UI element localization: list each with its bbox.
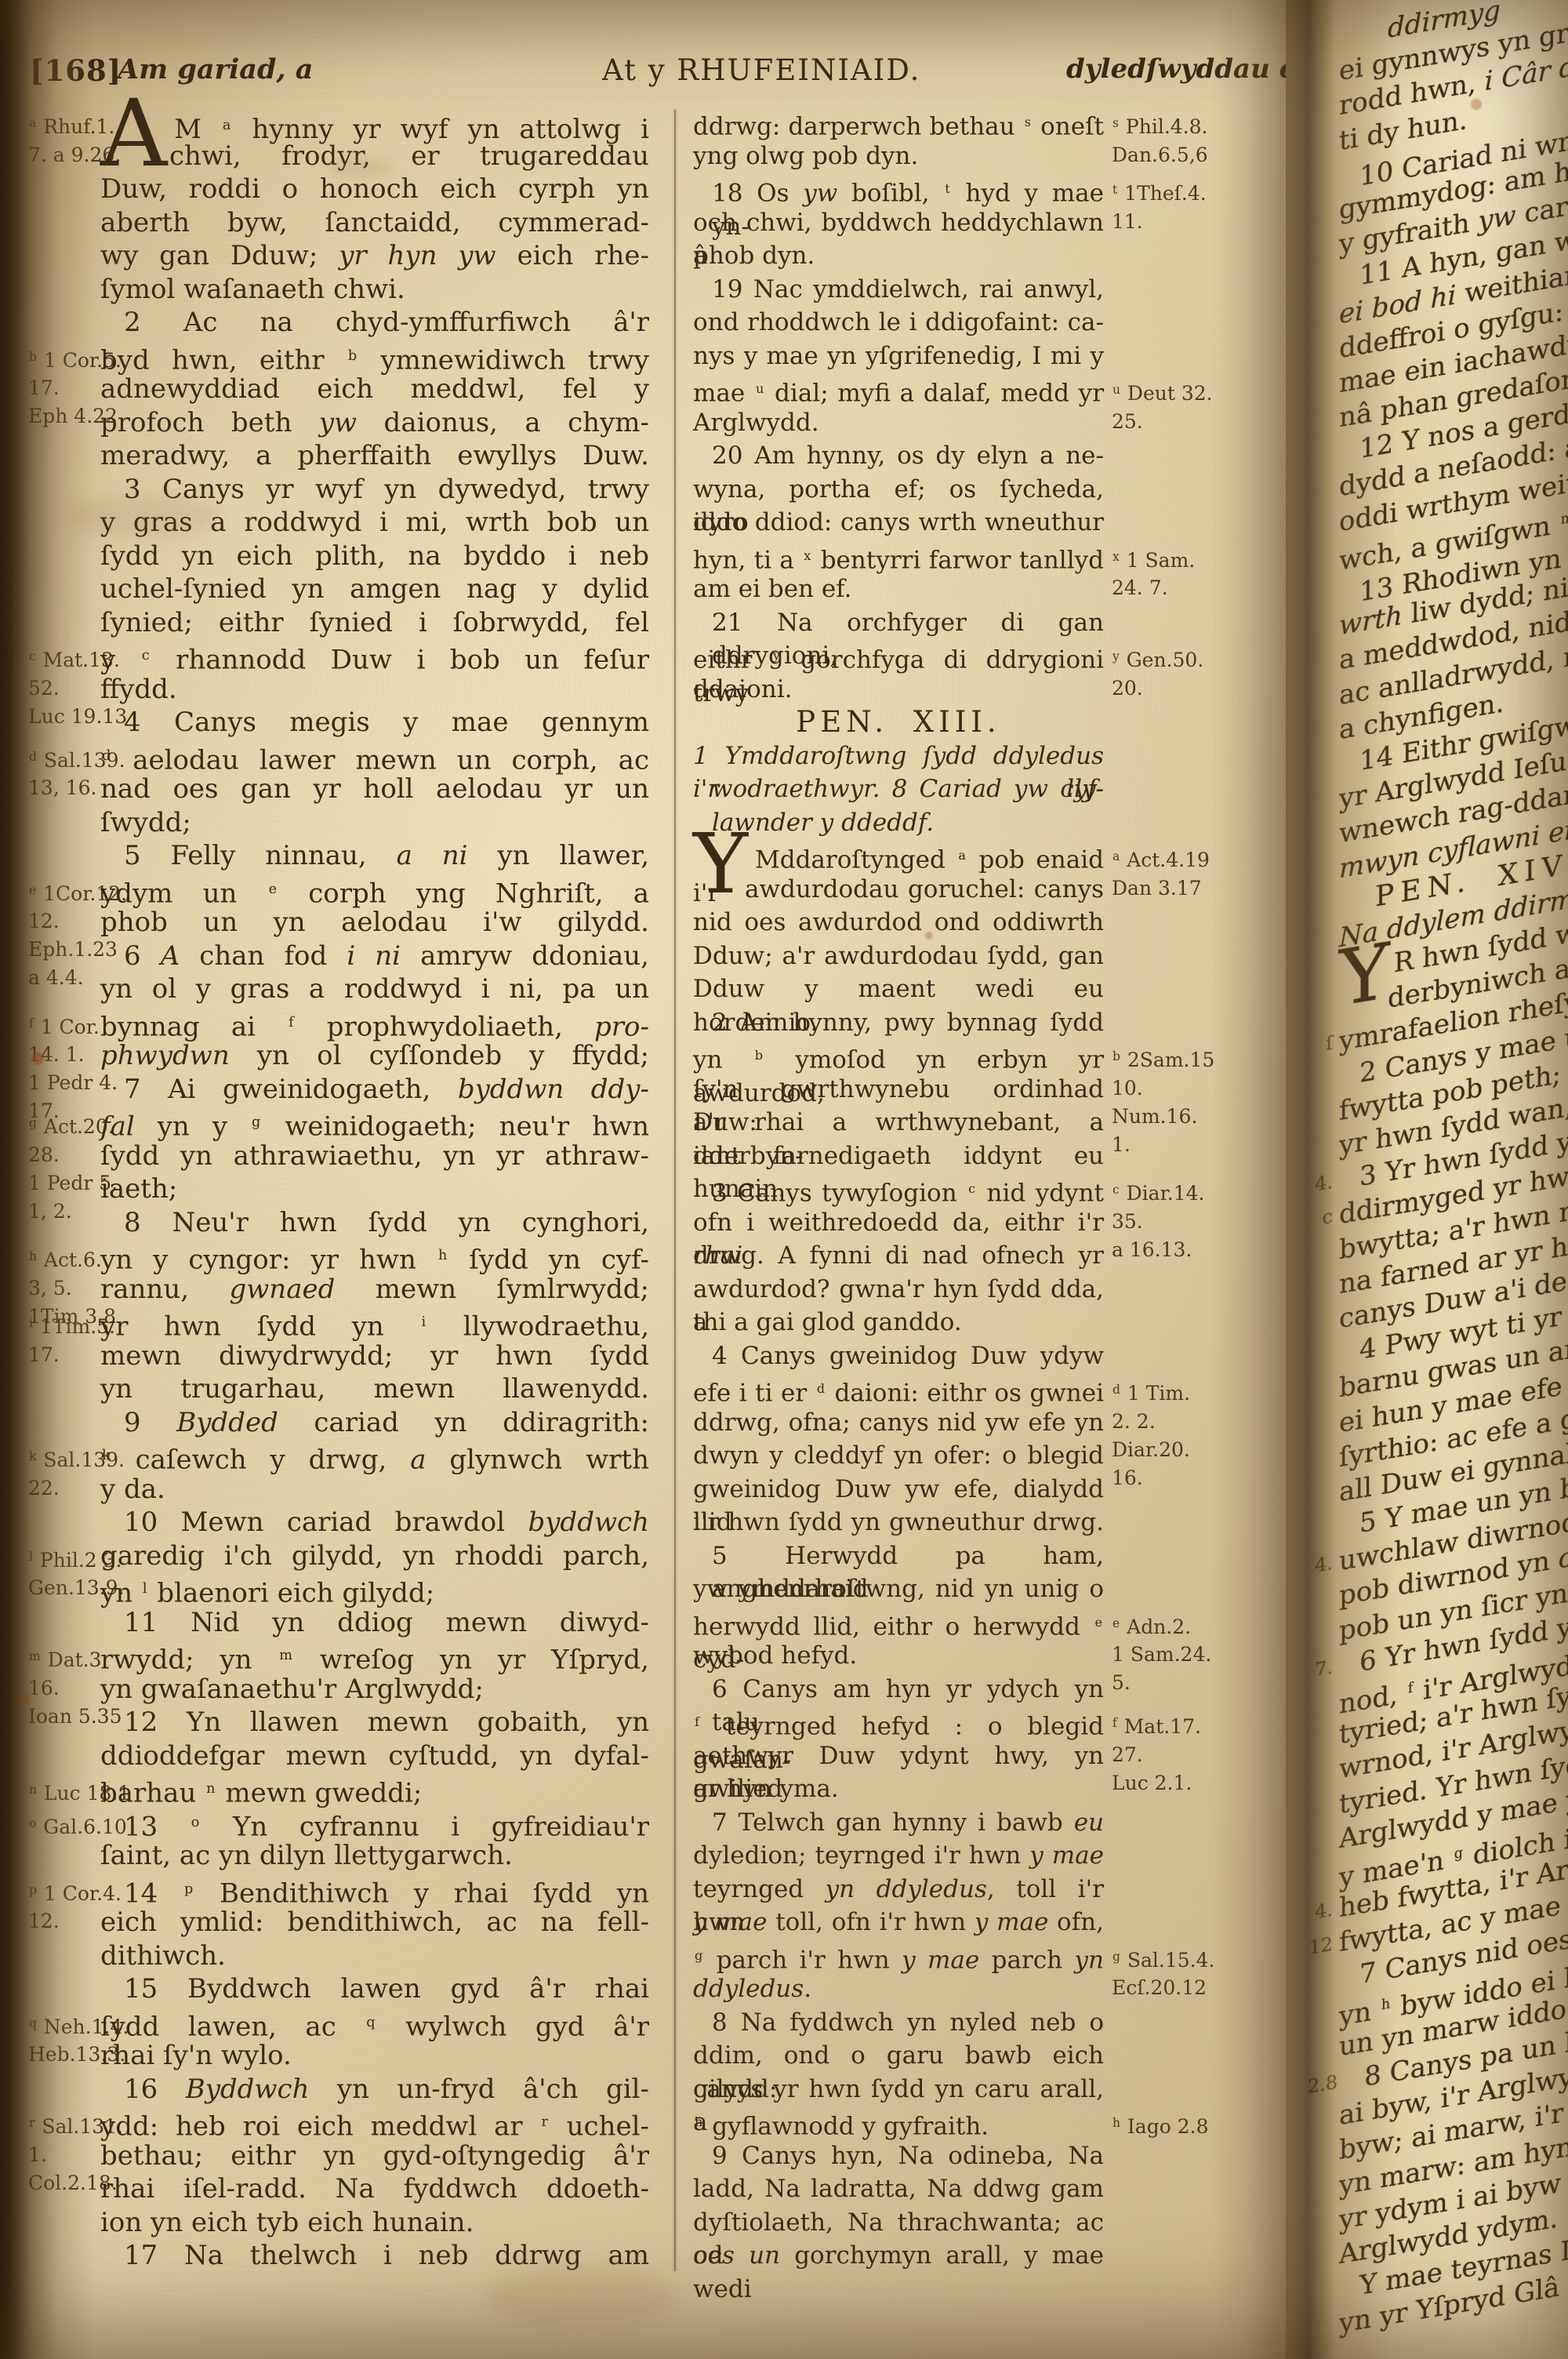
text-line: awdurdod? gwna'r hyn ſydd dda, a	[693, 1273, 1104, 1307]
text-line: 19 Nac ymddielwch, rai anwyl,	[693, 273, 1104, 307]
text-line: ſydd lawen, ac q wylwch gyd â'r	[100, 2006, 649, 2040]
text-line: y c rhannodd Duw i bob un feſur	[100, 639, 649, 673]
chapter-heading: PEN. XIII.	[693, 706, 1104, 740]
margin-cross-reference: t 1Theſ.4.11.	[1112, 176, 1207, 236]
text-line: 13 o Yn cyfrannu i gyfreidiau'r	[100, 1806, 649, 1840]
text-line: yw ymddaroſtwng, nid yn unig o	[693, 1572, 1104, 1606]
text-line: 4 Canys megis y mae gennym	[100, 706, 649, 740]
text-line: nid oes awdurdod ond oddiwrth	[693, 906, 1104, 940]
text-line: 18 Os yw boſibl, t hyd y mae yn-	[693, 173, 1104, 206]
cut-margin-fragment: 2.8	[1308, 2063, 1344, 2104]
text-line: AM a hynny yr wyf yn attolwg i	[100, 106, 649, 140]
text-line: 5 Herwydd pa ham, anghenrhaid	[693, 1539, 1104, 1573]
text-line: 16 Byddwch yn un-fryd â'ch gil-	[100, 2073, 649, 2106]
text-line: ſydd yn eich plith, na byddo i neb	[100, 540, 649, 573]
cut-margin-fragment	[1308, 782, 1339, 822]
margin-note-line: e Adn.2.	[1112, 1609, 1211, 1641]
text-line: 12 Yn llawen mewn gobaith, yn	[100, 1706, 649, 1739]
text-line: g parch i'r hwn y mae parch yn	[693, 1939, 1104, 1973]
margin-note-line: 2. 2.	[1112, 1408, 1190, 1436]
text-line: ydym un e corph yng Nghriſt, a	[100, 873, 649, 907]
margin-cross-reference: e Adn.2.1 Sam.24.5.	[1112, 1609, 1211, 1698]
cut-margin-fragment	[1308, 1336, 1339, 1376]
cut-margin-fragment	[1308, 990, 1339, 1030]
cut-margin-fragment	[1308, 193, 1339, 233]
text-line: yn b ymoſod yn erbyn yr awdurdod,	[693, 1039, 1104, 1073]
margin-note-line: y Gen.50.	[1112, 642, 1203, 674]
text-line: y da.	[100, 1473, 649, 1507]
margin-note-line: 10.	[1112, 1074, 1214, 1103]
text-line: ddim, ond o garu bawb eich gilydd:	[693, 2039, 1104, 2073]
text-line: 21 Na orchfyger di gan ddrygioni,	[693, 606, 1104, 640]
text-line: 8 Neu'r hwn ſydd yn cynghori,	[100, 1206, 649, 1240]
text-line: teyrnged yn ddyledus, toll i'r hwn	[693, 1873, 1104, 1906]
drop-cap: Y	[693, 816, 748, 912]
margin-cross-reference: u Deut 32.25.	[1112, 376, 1213, 436]
cut-margin-fragment	[1308, 921, 1339, 961]
text-line: ddaioni.	[693, 673, 1104, 707]
margin-note-line: 24. 7.	[1112, 574, 1195, 602]
facing-page-text: ddirmygei gynnwys yn grynorodd hwn, i Câ…	[1308, 0, 1568, 2347]
chapter-summary-line: 1 Ymddaroſtwng ſydd ddyledus i'r lly-	[693, 740, 1104, 773]
margin-note-line: d 1 Tim.	[1112, 1376, 1190, 1408]
text-line: 3 Canys yr wyf yn dywedyd, trwy	[100, 473, 649, 507]
text-line: y gras a roddwyd i mi, wrth bob un	[100, 506, 649, 540]
cut-margin-fragment	[1308, 2168, 1339, 2208]
margin-note-line: 1 Sam.24.	[1112, 1641, 1211, 1669]
text-line: ſwydd;	[100, 806, 649, 840]
text-line: oes un gorchymyn arall, y mae wedi	[693, 2239, 1104, 2273]
text-line: rannu, gwnaed mewn ſymlrwydd;	[100, 1273, 649, 1307]
cut-margin-fragment	[1308, 2030, 1339, 2070]
cut-margin-fragment	[1308, 1129, 1339, 1169]
cut-margin-fragment	[1308, 124, 1339, 164]
cut-margin-fragment	[1308, 227, 1339, 267]
cut-margin-fragment	[1308, 1683, 1339, 1723]
margin-note-line: Ecſ.20.12	[1112, 1974, 1214, 2002]
text-line: phob dyn.	[693, 239, 1104, 273]
cut-margin-fragment	[1308, 1717, 1339, 1757]
text-line: y mae toll, ofn i'r hwn y mae ofn,	[693, 1906, 1104, 1939]
cut-margin-fragment	[1308, 1961, 1339, 2001]
margin-cross-reference: f Mat.17.27.Luc 2.1.	[1112, 1709, 1201, 1797]
text-line: 3 Canys tywyſogion c nid ydynt	[693, 1172, 1104, 1206]
cut-margin-fragment	[1308, 678, 1339, 718]
margin-note-line: 27.	[1112, 1741, 1201, 1769]
text-line: 2 Am hynny, pwy bynnag ſydd	[693, 1006, 1104, 1040]
text-line: ddrwg, ofna; canys nid yw efe yn	[693, 1406, 1104, 1440]
cut-margin-fragment	[1308, 471, 1339, 511]
text-line: h gyflawnodd y gyfraith.	[693, 2106, 1104, 2139]
text-line: ar hyn yma.	[693, 1772, 1104, 1806]
margin-note-line: g Sal.15.4.	[1112, 1943, 1214, 1975]
text-line: gweinidog Duw yw efe, dialydd llid	[693, 1473, 1104, 1507]
margin-note-line: f Mat.17.	[1112, 1709, 1201, 1741]
text-line: 9 Bydded cariad yn ddiragrith:	[100, 1406, 649, 1440]
margin-cross-reference: c Diar.14.35.a 16.13.	[1112, 1176, 1205, 1264]
text-line: ſydd yn athrawiaethu, yn yr athraw-	[100, 1140, 649, 1173]
cut-margin-fragment	[1308, 1579, 1339, 1619]
cut-margin-fragment: c	[1308, 1198, 1339, 1238]
text-line: garedig i'ch gilydd, yn rhoddi parch,	[100, 1539, 649, 1573]
text-line: dithiwch.	[100, 1939, 649, 1973]
cut-margin-fragment	[1308, 1475, 1339, 1515]
text-line: 9 Canys hyn, Na odineba, Na	[693, 2139, 1104, 2173]
cut-margin-fragment	[1308, 2272, 1339, 2312]
margin-note-line: x 1 Sam.	[1112, 543, 1195, 575]
margin-note-line: b 2Sam.15	[1112, 1042, 1214, 1074]
text-line: 4 Canys gweinidog Duw ydyw	[693, 1339, 1104, 1373]
text-line: mae u dial; myfi a dalaf, medd yr	[693, 373, 1104, 406]
text-line: 5 Felly ninnau, a ni yn llawer,	[100, 839, 649, 873]
cut-margin-fragment	[1308, 1094, 1339, 1134]
cut-margin-fragment	[1308, 2203, 1339, 2243]
text-line: barhau n mewn gweddi;	[100, 1772, 649, 1806]
cut-margin-fragment: 4.	[1308, 1545, 1339, 1585]
text-line: awdurdodau goruchel: canys	[693, 873, 1104, 907]
text-line: 15 Byddwch lawen gyd â'r rhai	[100, 1972, 649, 2006]
text-line: hyn, ti a x bentyrri farwor tanllyd	[693, 540, 1104, 573]
cut-margin-fragment	[1308, 158, 1339, 198]
text-line: efe i ti er d daioni: eithr os gwnei	[693, 1372, 1104, 1406]
text-line: YMddaroſtynged a pob enaid i'r	[693, 839, 1104, 873]
text-line: bethau; eithr yn gyd-oſtyngedig â'r	[100, 2139, 649, 2173]
text-line: wyna, portha ef; os ſycheda, dyro	[693, 473, 1104, 507]
text-line: phwydwn yn ol cyſſondeb y ffydd;	[100, 1039, 649, 1073]
cut-margin-fragment	[1308, 1510, 1339, 1550]
text-line: Arglwydd.	[693, 406, 1104, 440]
text-line: canys yr hwn ſydd yn caru arall, a	[693, 2073, 1104, 2106]
cut-margin-fragment	[1308, 436, 1339, 476]
text-line: ion yn eich tyb eich hunain.	[100, 2206, 649, 2240]
margin-cross-reference: x 1 Sam.24. 7.	[1112, 543, 1195, 603]
text-line: aethwyr Duw ydynt hwy, yn gwilied	[693, 1739, 1104, 1773]
text-line: yn l blaenori eich gilydd;	[100, 1572, 649, 1606]
header-center-title: At y RHUFEINIAID.	[602, 53, 920, 87]
margin-note-line: Dan.6.5,6	[1112, 141, 1208, 169]
text-line: ond rhoddwch le i ddigofaint: ca-	[693, 306, 1104, 340]
text-line: Duw, roddi o honoch eich cyrph yn	[100, 173, 649, 206]
margin-note-line: 1.	[1112, 1131, 1214, 1159]
cut-margin-fragment	[1308, 505, 1339, 545]
text-line: dyſtiolaeth, Na thrachwanta; ac od	[693, 2206, 1104, 2240]
text-line: 7 Telwch gan hynny i bawb eu	[693, 1806, 1104, 1840]
text-line: iddo ddiod: canys wrth wneuthur	[693, 506, 1104, 540]
cut-margin-fragment	[1308, 817, 1339, 857]
text-line: thi a gai glod ganddo.	[693, 1306, 1104, 1339]
text-line: 10 Mewn cariad brawdol byddwch	[100, 1506, 649, 1539]
text-line: 14 p Bendithiwch y rhai ſydd yn	[100, 1873, 649, 1906]
margin-cross-reference: g Sal.15.4.Ecſ.20.12	[1112, 1943, 1214, 2003]
facing-page-edge: ddirmygei gynnwys yn grynorodd hwn, i Câ…	[1286, 0, 1568, 2359]
text-line: d aelodau lawer mewn un corph, ac	[100, 740, 649, 773]
drop-cap: Y	[1339, 927, 1390, 1025]
cut-margin-fragment	[1308, 1787, 1339, 1827]
cut-margin-fragment	[1308, 644, 1339, 684]
chapter-summary-line: lawnder y ddeddf.	[693, 806, 1104, 840]
margin-note-line: s Phil.4.8.	[1112, 109, 1208, 141]
text-line: k caſewch y drwg, a glynwch wrth	[100, 1439, 649, 1473]
text-line: nys y mae yn yſgrifenedig, I mi y	[693, 340, 1104, 373]
cut-margin-fragment	[1308, 955, 1339, 995]
cut-margin-fragment	[1308, 1060, 1339, 1100]
text-line: wy gan Dduw; yr hyn yw eich rhe-	[100, 239, 649, 273]
drop-cap: A	[100, 79, 167, 187]
text-line: herwydd llid, eithr o herwydd e cyd-	[693, 1606, 1104, 1640]
text-line: i'r hwn ſydd yn gwneuthur drwg.	[693, 1506, 1104, 1539]
text-line: phob un yn aelodau i'w gilydd.	[100, 906, 649, 940]
margin-note-line: u Deut 32.	[1112, 376, 1213, 408]
text-line: wybod hefyd.	[693, 1639, 1104, 1673]
text-line: yn ol y gras a roddwyd i ni, pa un	[100, 972, 649, 1006]
margin-note-line: t 1Theſ.4.	[1112, 176, 1207, 208]
margin-note-line: h Iago 2.8	[1112, 2109, 1208, 2141]
chapter-summary-line: wodraethwyr. 8 Cariad yw cyf-	[693, 772, 1104, 806]
text-line: ddioddefgar mewn cyſtudd, yn dyfal-	[100, 1739, 649, 1773]
text-line: aberth byw, ſanctaidd, cymmerad-	[100, 206, 649, 240]
text-line: yn trugarhau, mewn llawenydd.	[100, 1372, 649, 1406]
cut-margin-fragment	[1308, 401, 1339, 441]
cut-margin-fragment	[1308, 1372, 1339, 1412]
text-line: eich ymlid: bendithiwch, ac na fell-	[100, 1906, 649, 1939]
cut-margin-fragment	[1308, 20, 1339, 60]
cut-margin-fragment	[1308, 1302, 1339, 1342]
text-line: 20 Am hynny, os dy elyn a ne-	[693, 439, 1104, 473]
text-line: dyledion; teyrnged i'r hwn y mae	[693, 1839, 1104, 1873]
text-line: bynnag ai f prophwydoliaeth, pro-	[100, 1006, 649, 1040]
text-line: a'r rhai a wrthwynebant, a dderbyn-	[693, 1106, 1104, 1140]
margin-note-line: 35.	[1112, 1208, 1205, 1236]
text-line: ſymol waſanaeth chwi.	[100, 273, 649, 307]
text-line: ſy'n gwrthwynebu ordinhad Duw:	[693, 1073, 1104, 1107]
cut-margin-fragment	[1308, 263, 1339, 303]
text-line: ddrwg: darperwch bethau s oneſt	[693, 106, 1104, 140]
text-line: rhai ſy'n wylo.	[100, 2039, 649, 2073]
text-line: Dduw y maent wedi eu hordeinio.	[693, 972, 1104, 1006]
text-line: fal yn y g weinidogaeth; neu'r hwn	[100, 1106, 649, 1140]
cut-margin-fragment	[1308, 2134, 1339, 2174]
margin-note-line: Luc 2.1.	[1112, 1769, 1201, 1797]
cut-margin-fragment	[1308, 297, 1339, 337]
text-line: nad oes gan yr holl aelodau yr un	[100, 772, 649, 806]
cut-margin-fragment	[1308, 2099, 1339, 2139]
margin-note-line: 20.	[1112, 674, 1203, 703]
cut-margin-fragment: ſ	[1308, 1025, 1339, 1065]
scanned-book-page: [168] Am gariad, a At y RHUFEINIAID. dyl…	[0, 0, 1308, 2359]
text-line: 8 Na fyddwch yn nyled neb o	[693, 2006, 1104, 2040]
column-divider-rule	[674, 110, 676, 2271]
text-line: 11 Nid yn ddiog mewn diwyd-	[100, 1606, 649, 1640]
margin-cross-reference: b 2Sam.1510.Num.16.1.	[1112, 1042, 1214, 1159]
text-line: 6 Canys am hyn yr ydych yn talu	[693, 1673, 1104, 1707]
cut-margin-fragment: 12	[1308, 1926, 1339, 1966]
text-line: dwyn y cleddyf yn ofer: o blegid	[693, 1439, 1104, 1473]
cut-margin-fragment	[1308, 89, 1339, 129]
text-line: ofn i weithredoedd da, eithr i'r rhai	[693, 1206, 1104, 1240]
cut-margin-fragment	[1308, 886, 1339, 926]
text-line: byd hwn, eithr b ymnewidiwch trwy	[100, 340, 649, 373]
cut-margin-fragment	[1308, 1822, 1339, 1862]
cut-margin-fragment	[1308, 1441, 1339, 1481]
text-line: Dduw; a'r awdurdodau ſydd, gan	[693, 940, 1104, 973]
text-line: chwi, frodyr, er trugareddau	[100, 140, 649, 173]
text-line: yr hwn ſydd yn i llywodraethu,	[100, 1306, 649, 1339]
cut-margin-fragment	[1308, 1856, 1339, 1896]
text-line: ladd, Na ladratta, Na ddwg gam	[693, 2172, 1104, 2206]
margin-note-line: c Diar.14.	[1112, 1176, 1205, 1208]
text-line: 17 Na thelwch i neb ddrwg am	[100, 2239, 649, 2273]
cut-margin-fragment	[1308, 1267, 1339, 1307]
cut-margin-fragment	[1308, 1233, 1339, 1273]
header-right-title: dyledſwyddau eraill.	[1066, 53, 1308, 85]
text-line: adnewyddiad eich meddwl, fel y	[100, 373, 649, 406]
cut-margin-fragment: 4.	[1308, 1891, 1339, 1931]
text-line: yng olwg pob dyn.	[693, 140, 1104, 173]
text-line: iaeth;	[100, 1172, 649, 1206]
cut-margin-fragment	[1308, 609, 1339, 649]
text-line: f teyrnged hefyd : o blegid gwaſan-	[693, 1706, 1104, 1739]
text-line: ffydd.	[100, 673, 649, 707]
text-line: iant farnedigaeth iddynt eu hunain.	[693, 1140, 1104, 1173]
margin-cross-reference: y Gen.50.20.	[1112, 642, 1203, 703]
margin-note-line: 16.	[1112, 1464, 1190, 1492]
cut-margin-fragment	[1308, 1406, 1339, 1446]
margin-cross-reference: s Phil.4.8.Dan.6.5,6	[1112, 109, 1208, 169]
left-text-column: AM a hynny yr wyf yn attolwg ichwi, frod…	[100, 106, 649, 2273]
text-line: yn y cyngor: yr hwn h ſydd yn cyf-	[100, 1239, 649, 1273]
cut-margin-fragment	[1308, 366, 1339, 406]
cut-margin-fragment	[1308, 540, 1339, 580]
margin-cross-reference: d 1 Tim.2. 2.Diar.20.16.	[1112, 1376, 1190, 1492]
text-line: ddyledus.	[693, 1972, 1104, 2006]
cut-margin-fragment	[1308, 2237, 1339, 2277]
margin-note-line: Diar.20.	[1112, 1436, 1190, 1464]
margin-note-line: a Act.4.19	[1112, 842, 1210, 874]
margin-cross-reference: a Act.4.19Dan 3.17	[1112, 842, 1210, 903]
margin-note-line: 5.	[1112, 1669, 1211, 1697]
text-line: uchel-ſynied yn amgen nag y dylid	[100, 572, 649, 606]
text-line: profoch beth yw daionus, a chym-	[100, 406, 649, 440]
text-line: och chwi, byddwch heddychlawn â	[693, 206, 1104, 240]
text-line: drwg. A fynni di nad ofnech yr	[693, 1239, 1104, 1273]
cut-margin-fragment	[1308, 1614, 1339, 1654]
margin-note-line: Dan 3.17	[1112, 874, 1210, 903]
text-line: ſaint, ac yn dilyn llettygarwch.	[100, 1839, 649, 1873]
text-line: 2 Ac na chyd-ymffurfiwch â'r	[100, 306, 649, 340]
cut-margin-fragment	[1308, 332, 1339, 372]
text-line: yn gwaſanaethu'r Arglwydd;	[100, 1673, 649, 1707]
text-line: meradwy, a pherffaith ewyllys Duw.	[100, 439, 649, 473]
text-line: 6 A chan fod i ni amryw ddoniau,	[100, 940, 649, 973]
margin-note-line: 11.	[1112, 208, 1207, 236]
text-line: 7 Ai gweinidogaeth, byddwn ddy-	[100, 1073, 649, 1107]
text-line: eithr y gorchfyga di ddrygioni trwy	[693, 639, 1104, 673]
margin-cross-reference: h Iago 2.8	[1112, 2109, 1208, 2141]
cut-margin-fragment	[1308, 574, 1339, 614]
text-line: ſynied; eithr ſynied i ſobrwydd, fel	[100, 606, 649, 640]
cut-margin-fragment	[1308, 1753, 1339, 1793]
cut-margin-fragment: 4.	[1308, 1163, 1339, 1203]
cut-margin-fragment	[1308, 713, 1339, 753]
margin-note-line: Num.16.	[1112, 1103, 1214, 1131]
margin-note-line: 25.	[1112, 408, 1213, 436]
text-line: ydd: heb roi eich meddwl ar r uchel-	[100, 2106, 649, 2139]
text-line: am ei ben ef.	[693, 572, 1104, 606]
text-line: rwydd; yn m wreſog yn yr Yſpryd,	[100, 1639, 649, 1673]
cut-margin-fragment	[1308, 2307, 1339, 2347]
cut-margin-fragment	[1308, 747, 1339, 787]
cut-margin-fragment	[1308, 54, 1339, 94]
cut-margin-fragment	[1308, 852, 1339, 892]
right-text-column: ddrwg: darperwch bethau s oneſtyng olwg …	[693, 106, 1104, 2273]
cut-margin-fragment: 7.	[1308, 1648, 1339, 1688]
text-line: rhai iſel-radd. Na fyddwch ddoeth-	[100, 2172, 649, 2206]
margin-note-line: a 16.13.	[1112, 1236, 1205, 1264]
text-line: mewn diwydrwydd; yr hwn ſydd	[100, 1339, 649, 1373]
cut-margin-fragment	[1308, 1995, 1339, 2035]
